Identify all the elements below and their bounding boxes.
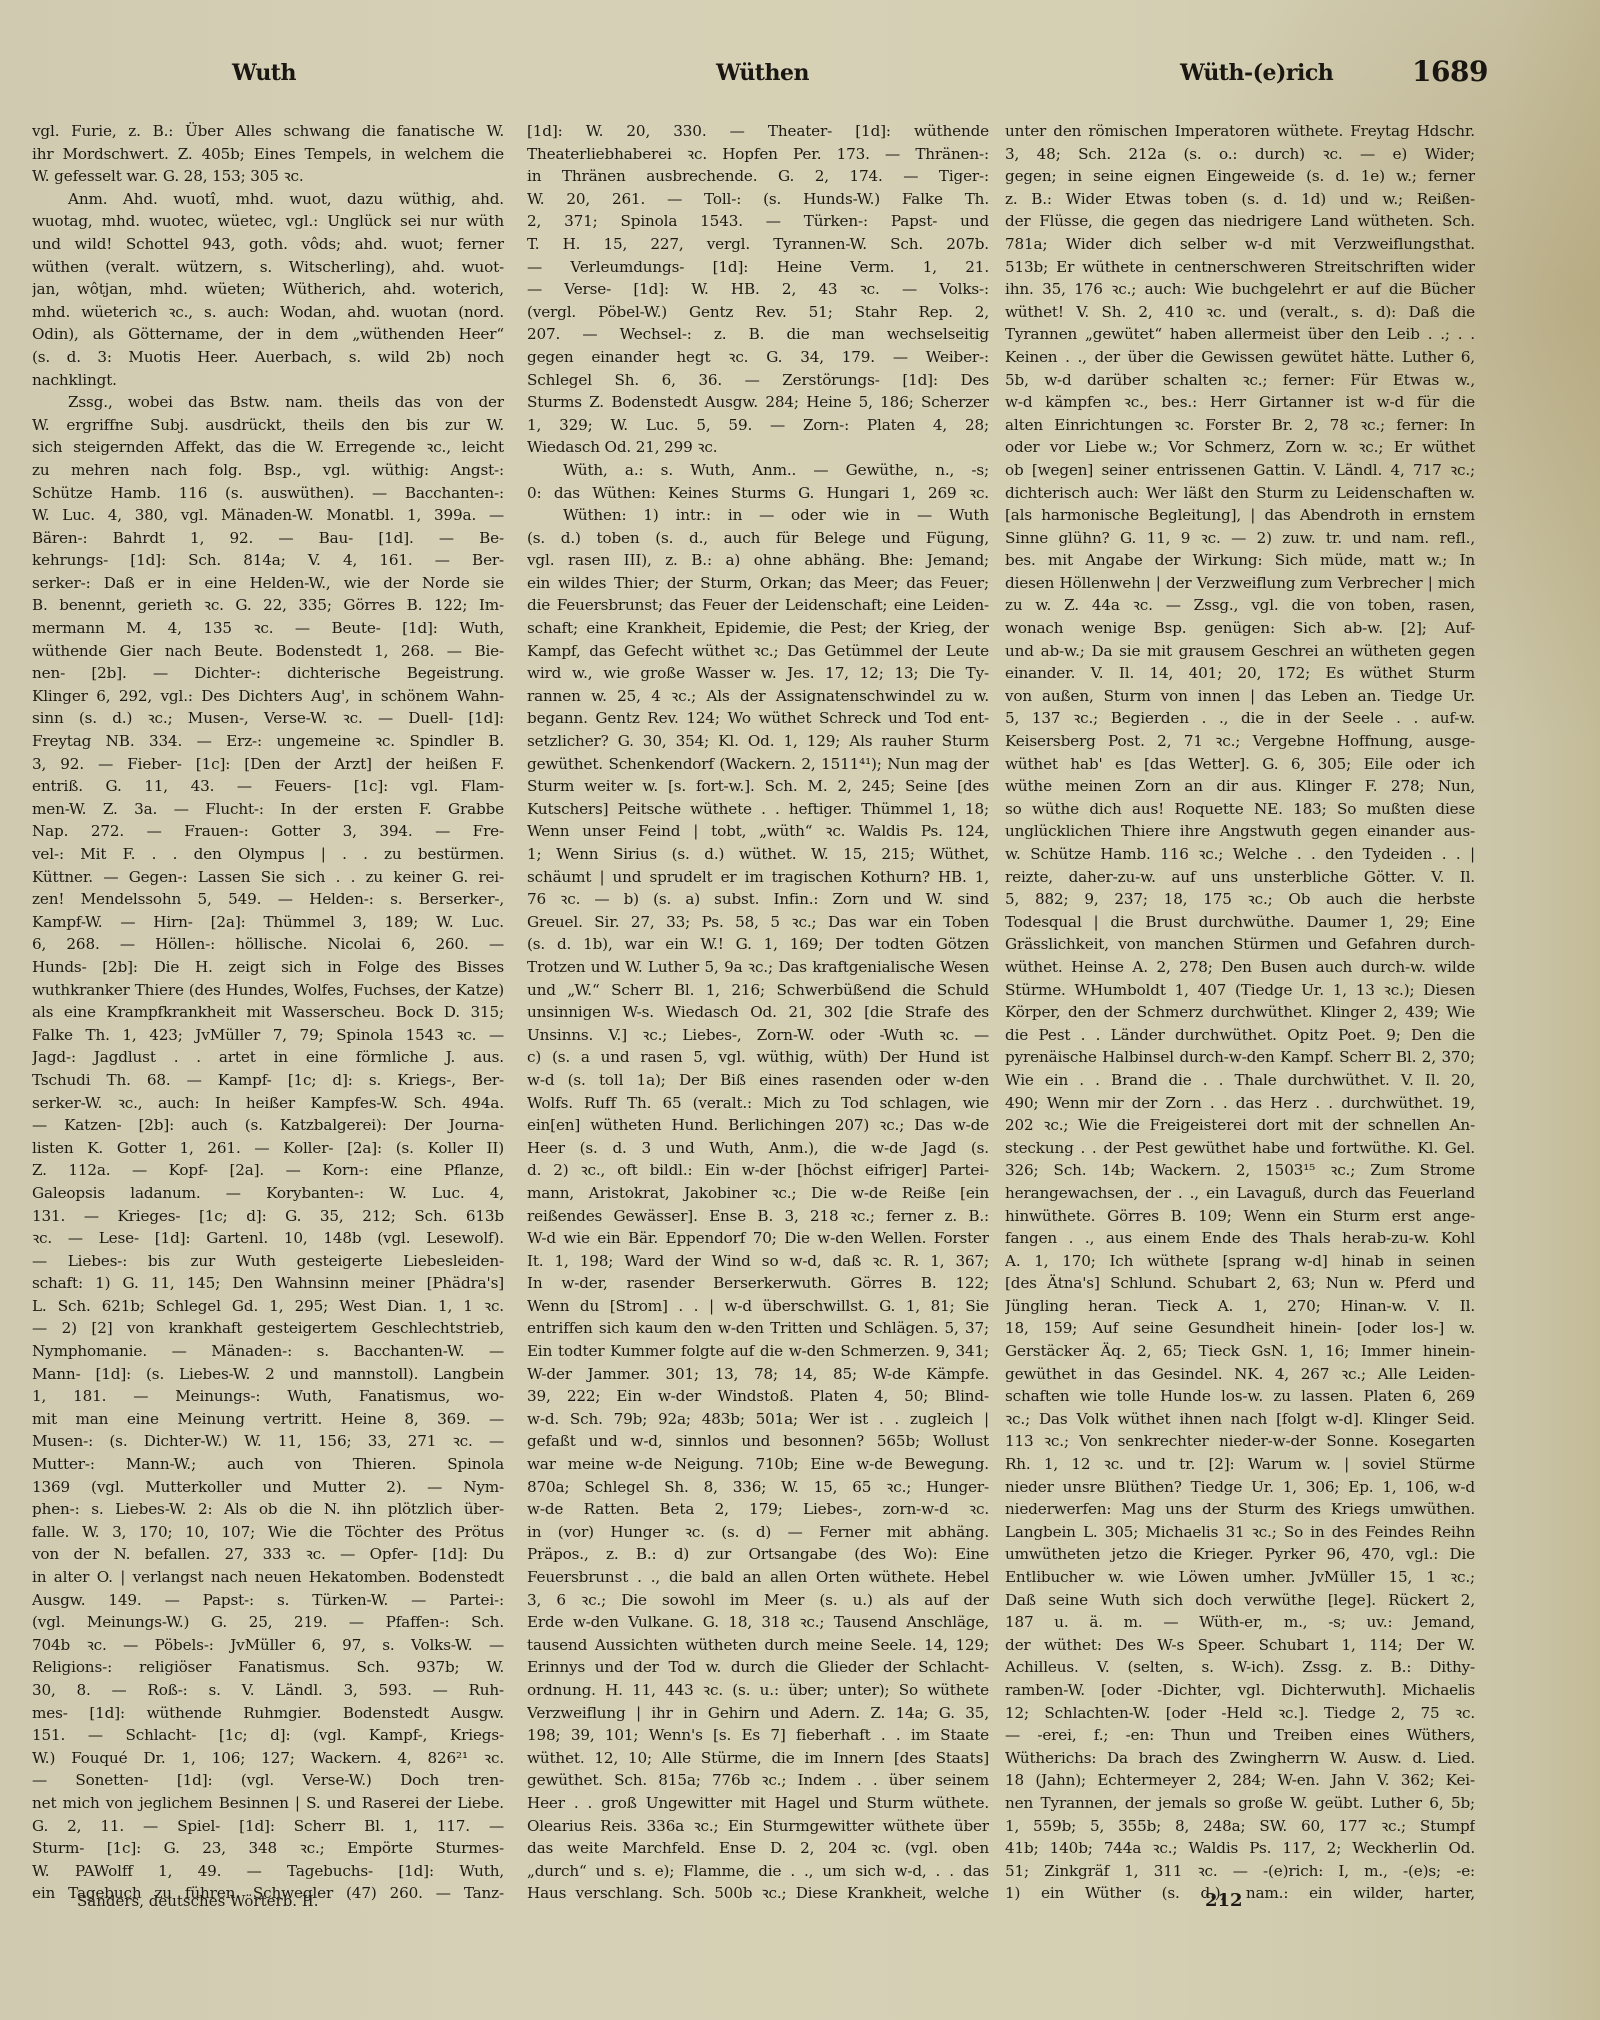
text-line: die Pest . . Länder durchwüthet. Opitz P… <box>1005 1024 1475 1047</box>
text-line: Unsinns. V.] ꝛc.; Liebes-, Zorn-W. oder … <box>527 1024 989 1047</box>
text-line: listen K. Gotter 1, 261. — Koller- [2a]:… <box>32 1137 504 1160</box>
text-line: vgl. Furie, z. B.: Über Alles schwang di… <box>32 120 504 143</box>
text-line: der wüthet: Des W-s Speer. Schubart 1, 1… <box>1005 1634 1475 1657</box>
text-line: ordnung. H. 11, 443 ꝛc. (s. u.: über; un… <box>527 1679 989 1702</box>
text-line: Wolfs. Ruff Th. 65 (veralt.: Mich zu Tod… <box>527 1092 989 1115</box>
text-line: ꝛc.; Das Volk wüthet ihnen nach [folgt w… <box>1005 1408 1475 1431</box>
text-line: W. ergriffne Subj. ausdrückt, theils den… <box>32 414 504 437</box>
text-line: ein[en] wütheten Hund. Berlichingen 207)… <box>527 1114 989 1137</box>
text-line: wuotag, mhd. wuotec, wüetec, vgl.: Unglü… <box>32 210 504 233</box>
text-line: vgl. rasen III), z. B.: a) ohne abhäng. … <box>527 549 989 572</box>
text-line: Schütze Hamb. 116 (s. auswüthen). — Bacc… <box>32 482 504 505</box>
text-line: nieder unsre Blüthen? Tiedge Ur. 1, 306;… <box>1005 1476 1475 1499</box>
text-line: dichterisch auch: Wer läßt den Sturm zu … <box>1005 482 1475 505</box>
text-line: ein wildes Thier; der Sturm, Orkan; das … <box>527 572 989 595</box>
text-line: reizte, daher-zu-w. auf uns unsterbliche… <box>1005 866 1475 889</box>
text-line: Z. 112a. — Kopf- [2a]. — Korn-: eine Pfl… <box>32 1159 504 1182</box>
text-line: Bären-: Bahrdt 1, 92. — Bau- [1d]. — Be- <box>32 527 504 550</box>
text-line: Mann- [1d]: (s. Liebes-W. 2 und mannstol… <box>32 1363 504 1386</box>
text-line: L. Sch. 621b; Schlegel Gd. 1, 295; West … <box>32 1295 504 1318</box>
text-line: Odin), als Göttername, der in dem „wüthe… <box>32 323 504 346</box>
text-line: (s. d.) toben (s. d., auch für Belege un… <box>527 527 989 550</box>
text-line: Kampf, das Gefecht wüthet ꝛc.; Das Getüm… <box>527 640 989 663</box>
text-line: „durch“ und s. e); Flamme, die . ., um s… <box>527 1860 989 1883</box>
text-line: ihr Mordschwert. Z. 405b; Eines Tempels,… <box>32 143 504 166</box>
text-column-3: unter den römischen Imperatoren wüthete.… <box>1005 120 1475 1905</box>
text-line: 1, 181. — Meinungs-: Wuth, Fanatismus, w… <box>32 1385 504 1408</box>
text-line: — Sonetten- [1d]: (vgl. Verse-W.) Doch t… <box>32 1769 504 1792</box>
text-line: der Flüsse, die gegen das niedrigere Lan… <box>1005 210 1475 233</box>
text-line: ihn. 35, 176 ꝛc.; auch: Wie buchgelehrt … <box>1005 278 1475 301</box>
text-line: Sturms Z. Bodenstedt Ausgw. 284; Heine 5… <box>527 391 989 414</box>
text-line: Entlibucher w. wie Löwen umher. JvMüller… <box>1005 1566 1475 1589</box>
text-line: 781a; Wider dich selber w-d mit Verzweif… <box>1005 233 1475 256</box>
text-line: wird w., wie große Wasser w. Jes. 17, 12… <box>527 662 989 685</box>
text-line: und wild! Schottel 943, goth. vôds; ahd.… <box>32 233 504 256</box>
text-line: 18 (Jahn); Echtermeyer 2, 284; W-en. Jah… <box>1005 1769 1475 1792</box>
text-line: entriffen sich kaum den w-den Tritten un… <box>527 1317 989 1340</box>
text-line: Keinen . ., der über die Gewissen gewüte… <box>1005 346 1475 369</box>
text-line: gewüthet. Schenkendorf (Wackern. 2, 1511… <box>527 753 989 776</box>
text-line: Freytag NB. 334. — Erz-: ungemeine ꝛc. S… <box>32 730 504 753</box>
text-line: Ein todter Kummer folgte auf die w-den S… <box>527 1340 989 1363</box>
text-line: 76 ꝛc. — b) (s. a) subst. Infin.: Zorn u… <box>527 888 989 911</box>
text-line: 3, 6 ꝛc.; Die sowohl im Meer (s. u.) als… <box>527 1589 989 1612</box>
text-line: 207. — Wechsel-: z. B. die man wechselse… <box>527 323 989 346</box>
text-line: 30, 8. — Roß-: s. V. Ländl. 3, 593. — Ru… <box>32 1679 504 1702</box>
text-line: gewüthet. Sch. 815a; 776b ꝛc.; Indem . .… <box>527 1769 989 1792</box>
text-line: Erinnys und der Tod w. durch die Glieder… <box>527 1656 989 1679</box>
text-line: alten Einrichtungen ꝛc. Forster Br. 2, 7… <box>1005 414 1475 437</box>
text-line: Tschudi Th. 68. — Kampf- [1c; d]: s. Kri… <box>32 1069 504 1092</box>
text-line: nen Tyrannen, der jemals so große W. geü… <box>1005 1792 1475 1815</box>
text-line: Wüth, a.: s. Wuth, Anm.. — Gewüthe, n., … <box>527 459 989 482</box>
text-line: [des Ätna's] Schlund. Schubart 2, 63; Nu… <box>1005 1272 1475 1295</box>
text-line: ꝛc. — Lese- [1d]: Gartenl. 10, 148b (vgl… <box>32 1227 504 1250</box>
text-line: von der N. befallen. 27, 333 ꝛc. — Opfer… <box>32 1543 504 1566</box>
text-line: 3, 48; Sch. 212a (s. o.: durch) ꝛc. — e)… <box>1005 143 1475 166</box>
text-line: Trotzen und W. Luther 5, 9a ꝛc.; Das kra… <box>527 956 989 979</box>
text-line: 704b ꝛc. — Pöbels-: JvMüller 6, 97, s. V… <box>32 1634 504 1657</box>
text-line: wonach wenige Bsp. genügen: Sich ab-w. [… <box>1005 617 1475 640</box>
text-line: Präpos., z. B.: d) zur Ortsangabe (des W… <box>527 1543 989 1566</box>
text-line: W-der Jammer. 301; 13, 78; 14, 85; W-de … <box>527 1363 989 1386</box>
text-line: w-d kämpfen ꝛc., bes.: Herr Girtanner is… <box>1005 391 1475 414</box>
text-line: Haus verschlang. Sch. 500b ꝛc.; Diese Kr… <box>527 1882 989 1905</box>
text-line: und „W.“ Scherr Bl. 1, 216; Schwerbüßend… <box>527 979 989 1002</box>
text-line: wüthet! V. Sh. 2, 410 ꝛc. und (veralt., … <box>1005 301 1475 324</box>
text-line: gegen; in seine eignen Eingeweide (s. d.… <box>1005 165 1475 188</box>
text-line: 51; Zinkgräf 1, 311 ꝛc. — -(e)rich: I, m… <box>1005 1860 1475 1883</box>
footer-signature-mark: 212 <box>1205 1890 1243 1911</box>
text-line: nachklingt. <box>32 369 504 392</box>
text-line: 2, 371; Spinola 1543. — Türken-: Papst- … <box>527 210 989 233</box>
text-line: z. B.: Wider Etwas toben (s. d. 1d) und … <box>1005 188 1475 211</box>
text-line: 12; Schlachten-W. [oder -Held ꝛc.]. Tied… <box>1005 1702 1475 1725</box>
text-line: als eine Krampfkrankheit mit Wasserscheu… <box>32 1001 504 1024</box>
text-line: 1369 (vgl. Mutterkoller und Mutter 2). —… <box>32 1476 504 1499</box>
page-number: 1689 <box>1412 55 1488 88</box>
text-line: oder vor Liebe w.; Vor Schmerz, Zorn w. … <box>1005 436 1475 459</box>
text-line: phen-: s. Liebes-W. 2: Als ob die N. ihn… <box>32 1498 504 1521</box>
text-line: setzlicher? G. 30, 354; Kl. Od. 1, 129; … <box>527 730 989 753</box>
text-line: W-d wie ein Bär. Eppendorf 70; Die w-den… <box>527 1227 989 1250</box>
text-line: bes. mit Angabe der Wirkung: Sich müde, … <box>1005 549 1475 572</box>
text-line: war meine w-de Neigung. 710b; Eine w-de … <box>527 1453 989 1476</box>
text-line: Theaterliebhaberei ꝛc. Hopfen Per. 173. … <box>527 143 989 166</box>
text-line: Sinne glühn? G. 11, 9 ꝛc. — 2) zuw. tr. … <box>1005 527 1475 550</box>
text-line: mermann M. 4, 135 ꝛc. — Beute- [1d]: Wut… <box>32 617 504 640</box>
text-line: A. 1, 170; Ich wüthete [sprang w-d] hina… <box>1005 1250 1475 1273</box>
text-line: niederwerfen: Mag uns der Sturm des Krie… <box>1005 1498 1475 1521</box>
text-line: Wenn unser Feind | tobt, „wüth“ ꝛc. Wald… <box>527 820 989 843</box>
text-line: 5, 137 ꝛc.; Begierden . ., die in der Se… <box>1005 707 1475 730</box>
text-line: 3, 92. — Fieber- [1c]: [Den der Arzt] de… <box>32 753 504 776</box>
text-line: serker-W. ꝛc., auch: In heißer Kampfes-W… <box>32 1092 504 1115</box>
text-line: Küttner. — Gegen-: Lassen Sie sich . . z… <box>32 866 504 889</box>
text-line: 0: das Wüthen: Keines Sturms G. Hungari … <box>527 482 989 505</box>
text-line: Feuersbrunst . ., die bald an allen Orte… <box>527 1566 989 1589</box>
text-line: In w-der, rasender Berserkerwuth. Görres… <box>527 1272 989 1295</box>
text-line: Wie ein . . Brand die . . Thale durchwüt… <box>1005 1069 1475 1092</box>
text-line: schäumt | und sprudelt er im tragischen … <box>527 866 989 889</box>
text-line: 6, 268. — Höllen-: höllische. Nicolai 6,… <box>32 933 504 956</box>
text-line: und ab-w.; Da sie mit grausem Geschrei a… <box>1005 640 1475 663</box>
text-line: reißendes Gewässer]. Ense B. 3, 218 ꝛc.;… <box>527 1205 989 1228</box>
text-line: Tyrannen „gewütet“ haben allermeist über… <box>1005 323 1475 346</box>
text-line: Jüngling heran. Tieck A. 1, 270; Hinan-w… <box>1005 1295 1475 1318</box>
text-line: unglücklichen Thiere ihre Angstwuth gege… <box>1005 820 1475 843</box>
text-line: Olearius Reis. 336a ꝛc.; Ein Sturmgewitt… <box>527 1815 989 1838</box>
header-catchword-left: Wuth <box>232 60 296 86</box>
text-line: W. 20, 261. — Toll-: (s. Hunds-W.) Falke… <box>527 188 989 211</box>
text-line: mit man eine Meinung vertritt. Heine 8, … <box>32 1408 504 1431</box>
text-line: pyrenäische Halbinsel durch-w-den Kampf.… <box>1005 1046 1475 1069</box>
text-line: c) (s. a und rasen 5, vgl. wüthig, wüth)… <box>527 1046 989 1069</box>
text-line: wüthet. 12, 10; Alle Stürme, die im Inne… <box>527 1747 989 1770</box>
text-line: steckung . . der Pest gewüthet habe und … <box>1005 1137 1475 1160</box>
text-line: Galeopsis ladanum. — Korybanten-: W. Luc… <box>32 1182 504 1205</box>
running-header: Wuth Wüthen Wüth-(e)rich 1689 <box>0 60 1600 100</box>
text-line: 198; 39, 101; Wenn's [s. Es 7] fieberhaf… <box>527 1724 989 1747</box>
text-line: tausend Aussichten wütheten durch meine … <box>527 1634 989 1657</box>
text-line: wuthkranker Thiere (des Hundes, Wolfes, … <box>32 979 504 1002</box>
footer-book-title: Sanders, deutsches Wörterb. II. <box>77 1892 318 1910</box>
text-line: Schlegel Sh. 6, 36. — Zerstörungs- [1d]:… <box>527 369 989 392</box>
text-line: rannen w. 25, 4 ꝛc.; Als der Assignatens… <box>527 685 989 708</box>
text-line: falle. W. 3, 170; 10, 107; Wie die Töcht… <box>32 1521 504 1544</box>
text-line: Kutschers] Peitsche wüthete . . heftiger… <box>527 798 989 821</box>
text-line: gegen einander hegt ꝛc. G. 34, 179. — We… <box>527 346 989 369</box>
text-line: It. 1, 198; Ward der Wind so w-d, daß ꝛc… <box>527 1250 989 1273</box>
text-line: 326; Sch. 14b; Wackern. 2, 1503¹⁵ ꝛc.; Z… <box>1005 1159 1475 1182</box>
text-line: w-de Ratten. Beta 2, 179; Liebes-, zorn-… <box>527 1498 989 1521</box>
text-line: so wüthe dich aus! Roquette NE. 183; So … <box>1005 798 1475 821</box>
text-line: — Verleumdungs- [1d]: Heine Verm. 1, 21. <box>527 256 989 279</box>
text-line: Anm. Ahd. wuotî, mhd. wuot, dazu wüthig,… <box>32 188 504 211</box>
text-column-2: [1d]: W. 20, 330. — Theater- [1d]: wüthe… <box>527 120 989 1905</box>
text-line: Falke Th. 1, 423; JvMüller 7, 79; Spinol… <box>32 1024 504 1047</box>
text-line: (s. d. 3: Muotis Heer. Auerbach, s. wild… <box>32 346 504 369</box>
text-line: gewüthet in das Gesindel. NK. 4, 267 ꝛc.… <box>1005 1363 1475 1386</box>
text-line: umwütheten jetzo die Krieger. Pyrker 96,… <box>1005 1543 1475 1566</box>
text-line: Körper, den der Schmerz durchwüthet. Kli… <box>1005 1001 1475 1024</box>
text-line: 18, 159; Auf seine Gesundheit hinein- [o… <box>1005 1317 1475 1340</box>
text-line: 1, 329; W. Luc. 5, 59. — Zorn-: Platen 4… <box>527 414 989 437</box>
text-line: von außen, Sturm von innen | das Leben a… <box>1005 685 1475 708</box>
text-line: schaft: 1) G. 11, 145; Den Wahnsinn mein… <box>32 1272 504 1295</box>
text-line: wüthende Gier nach Beute. Bodenstedt 1, … <box>32 640 504 663</box>
text-line: 870a; Schlegel Sh. 8, 336; W. 15, 65 ꝛc.… <box>527 1476 989 1499</box>
text-line: Langbein L. 305; Michaelis 31 ꝛc.; So in… <box>1005 1521 1475 1544</box>
text-line: 113 ꝛc.; Von senkrechter nieder-w-der So… <box>1005 1430 1475 1453</box>
text-line: (s. d. 1b), war ein W.! G. 1, 169; Der t… <box>527 933 989 956</box>
text-line: Stürme. WHumboldt 1, 407 (Tiedge Ur. 1, … <box>1005 979 1475 1002</box>
text-line: Wütherichs: Da brach des Zwingherrn W. A… <box>1005 1747 1475 1770</box>
text-line: mhd. wüeterich ꝛc., s. auch: Wodan, ahd.… <box>32 301 504 324</box>
text-line: Erde w-den Vulkane. G. 18, 318 ꝛc.; Taus… <box>527 1611 989 1634</box>
text-line: ob [wegen] seiner entrissenen Gattin. V.… <box>1005 459 1475 482</box>
text-line: nen- [2b]. — Dichter-: dichterische Bege… <box>32 662 504 685</box>
text-column-1: vgl. Furie, z. B.: Über Alles schwang di… <box>32 120 504 1905</box>
text-line: ramben-W. [oder -Dichter, vgl. Dichterwu… <box>1005 1679 1475 1702</box>
text-line: entriß. G. 11, 43. — Feuers- [1c]: vgl. … <box>32 775 504 798</box>
text-line: wüthet hab' es [das Wetter]. G. 6, 305; … <box>1005 753 1475 776</box>
header-catchword-right: Wüth-(e)rich <box>1180 60 1333 86</box>
text-line: [1d]: W. 20, 330. — Theater- [1d]: wüthe… <box>527 120 989 143</box>
text-line: unter den römischen Imperatoren wüthete.… <box>1005 120 1475 143</box>
text-line: hinwüthete. Görres B. 109; Wenn ein Stur… <box>1005 1205 1475 1228</box>
text-line: 187 u. ä. m. — Wüth-er, m., -s; uv.: Jem… <box>1005 1611 1475 1634</box>
text-line: schaft; eine Krankheit, Epidemie, die Pe… <box>527 617 989 640</box>
text-line: zu mehren nach folg. Bsp., vgl. wüthig: … <box>32 459 504 482</box>
text-line: Wenn du [Strom] . . | w-d überschwillst.… <box>527 1295 989 1318</box>
text-line: wüthe meinen Zorn an dir aus. Klinger F.… <box>1005 775 1475 798</box>
header-catchword-center: Wüthen <box>716 60 809 86</box>
text-line: diesen Höllenwehn | der Verzweiflung zum… <box>1005 572 1475 595</box>
text-line: zu w. Z. 44a ꝛc. — Zssg., vgl. die von t… <box>1005 594 1475 617</box>
text-line: Ausgw. 149. — Papst-: s. Türken-W. — Par… <box>32 1589 504 1612</box>
text-line: Hunds- [2b]: Die H. zeigt sich in Folge … <box>32 956 504 979</box>
text-line: Nymphomanie. — Mänaden-: s. Bacchanten-W… <box>32 1340 504 1363</box>
text-line: Wüthen: 1) intr.: in — oder wie in — Wut… <box>527 504 989 527</box>
text-line: Sturm- [1c]: G. 23, 348 ꝛc.; Empörte Stu… <box>32 1837 504 1860</box>
text-line: w. Schütze Hamb. 116 ꝛc.; Welche . . den… <box>1005 843 1475 866</box>
text-line: B. benennt, gerieth ꝛc. G. 22, 335; Görr… <box>32 594 504 617</box>
text-line: Wiedasch Od. 21, 299 ꝛc. <box>527 436 989 459</box>
text-line: 131. — Krieges- [1c; d]: G. 35, 212; Sch… <box>32 1205 504 1228</box>
text-line: begann. Gentz Rev. 124; Wo wüthet Schrec… <box>527 707 989 730</box>
text-line: w-d. Sch. 79b; 92a; 483b; 501a; Wer ist … <box>527 1408 989 1431</box>
text-line: W. PAWolff 1, 49. — Tagebuchs- [1d]: Wut… <box>32 1860 504 1883</box>
text-line: wüthen (veralt. wützern, s. Witscherling… <box>32 256 504 279</box>
text-line: Keisersberg Post. 2, 71 ꝛc.; Vergebne Ho… <box>1005 730 1475 753</box>
text-line: Mutter-: Mann-W.; auch von Thieren. Spin… <box>32 1453 504 1476</box>
text-line: 5, 882; 9, 237; 18, 175 ꝛc.; Ob auch die… <box>1005 888 1475 911</box>
text-line: 513b; Er wüthete in centnerschweren Stre… <box>1005 256 1475 279</box>
text-line: (vergl. Pöbel-W.) Gentz Rev. 51; Stahr R… <box>527 301 989 324</box>
text-line: 39, 222; Ein w-der Windstoß. Platen 4, 5… <box>527 1385 989 1408</box>
text-line: 1; Wenn Sirius (s. d.) wüthet. W. 15, 21… <box>527 843 989 866</box>
text-line: zen! Mendelssohn 5, 549. — Helden-: s. B… <box>32 888 504 911</box>
text-line: Sturm weiter w. [s. fort-w.]. Sch. M. 2,… <box>527 775 989 798</box>
text-line: in alter O. | verlangst nach neuen Hekat… <box>32 1566 504 1589</box>
text-line: herangewachsen, der . ., ein Lavaguß, du… <box>1005 1182 1475 1205</box>
text-line: Daß seine Wuth sich doch verwüthe [lege]… <box>1005 1589 1475 1612</box>
text-line: — 2) [2] von krankhaft gesteigertem Gesc… <box>32 1317 504 1340</box>
text-line: jan, wôtjan, mhd. wüeten; Wütherich, ahd… <box>32 278 504 301</box>
text-line: — Katzen- [2b]: auch (s. Katzbalgerei): … <box>32 1114 504 1137</box>
text-line: 5b, w-d darüber schalten ꝛc.; ferner: Fü… <box>1005 369 1475 392</box>
text-line: Nap. 272. — Frauen-: Gotter 3, 394. — Fr… <box>32 820 504 843</box>
text-line: G. 2, 11. — Spiel- [1d]: Scherr Bl. 1, 1… <box>32 1815 504 1838</box>
text-line: 490; Wenn mir der Zorn . . das Herz . . … <box>1005 1092 1475 1115</box>
text-line: Musen-: (s. Dichter-W.) W. 11, 156; 33, … <box>32 1430 504 1453</box>
text-line: fangen . ., aus einem Ende des Thals her… <box>1005 1227 1475 1250</box>
text-line: 202 ꝛc.; Wie die Freigeisterei dort mit … <box>1005 1114 1475 1137</box>
text-line: Religions-: religiöser Fanatismus. Sch. … <box>32 1656 504 1679</box>
text-line: schaften wie tolle Hunde los-w. zu lasse… <box>1005 1385 1475 1408</box>
text-line: 41b; 140b; 744a ꝛc.; Waldis Ps. 117, 2; … <box>1005 1837 1475 1860</box>
text-line: mann, Aristokrat, Jakobiner ꝛc.; Die w-d… <box>527 1182 989 1205</box>
text-line: in Thränen ausbrechende. G. 2, 174. — Ti… <box>527 165 989 188</box>
text-line: Heer (s. d. 3 und Wuth, Anm.), die w-de … <box>527 1137 989 1160</box>
text-line: Grässlichkeit, von manchen Stürmen und G… <box>1005 933 1475 956</box>
text-line: Klinger 6, 292, vgl.: Des Dichters Aug',… <box>32 685 504 708</box>
text-line: men-W. Z. 3a. — Flucht-: In der ersten F… <box>32 798 504 821</box>
text-line: W. gefesselt war. G. 28, 153; 305 ꝛc. <box>32 165 504 188</box>
text-line: mes- [1d]: wüthende Ruhmgier. Bodenstedt… <box>32 1702 504 1725</box>
text-line: Gerstäcker Äq. 2, 65; Tieck GsN. 1, 16; … <box>1005 1340 1475 1363</box>
text-line: Kampf-W. — Hirn- [2a]: Thümmel 3, 189; W… <box>32 911 504 934</box>
text-line: net mich von jeglichem Besinnen | S. und… <box>32 1792 504 1815</box>
text-line: Zssg., wobei das Bstw. nam. theils das v… <box>32 391 504 414</box>
text-line: kehrungs- [1d]: Sch. 814a; V. 4, 161. — … <box>32 549 504 572</box>
text-line: Verzweiflung | ihr in Gehirn und Adern. … <box>527 1702 989 1725</box>
text-line: Jagd-: Jagdlust . . artet in eine förmli… <box>32 1046 504 1069</box>
text-line: d. 2) ꝛc., oft bildl.: Ein w-der [höchst… <box>527 1159 989 1182</box>
text-line: Rh. 1, 12 ꝛc. und tr. [2]: Warum w. | so… <box>1005 1453 1475 1476</box>
text-line: (vgl. Meinungs-W.) G. 25, 219. — Pfaffen… <box>32 1611 504 1634</box>
text-line: — Verse- [1d]: W. HB. 2, 43 ꝛc. — Volks-… <box>527 278 989 301</box>
text-line: unsinnigen W-s. Wiedasch Od. 21, 302 [di… <box>527 1001 989 1024</box>
text-line: gefaßt und w-d, sinnlos und besonnen? 56… <box>527 1430 989 1453</box>
text-line: W. Luc. 4, 380, vgl. Mänaden-W. Monatbl.… <box>32 504 504 527</box>
text-line: sinn (s. d.) ꝛc.; Musen-, Verse-W. ꝛc. —… <box>32 707 504 730</box>
text-line: die Feuersbrunst; das Feuer der Leidensc… <box>527 594 989 617</box>
text-line: sich steigernden Affekt, das die W. Erre… <box>32 436 504 459</box>
text-line: Todesqual | die Brust durchwüthe. Daumer… <box>1005 911 1475 934</box>
text-line: Greuel. Sir. 27, 33; Ps. 58, 5 ꝛc.; Das … <box>527 911 989 934</box>
text-line: — Liebes-: bis zur Wuth gesteigerte Lieb… <box>32 1250 504 1273</box>
text-line: vel-: Mit F. . . den Olympus | . . zu be… <box>32 843 504 866</box>
text-line: Heer . . groß Ungewitter mit Hagel und S… <box>527 1792 989 1815</box>
text-line: in (vor) Hunger ꝛc. (s. d) — Ferner mit … <box>527 1521 989 1544</box>
text-line: 151. — Schlacht- [1c; d]: (vgl. Kampf-, … <box>32 1724 504 1747</box>
text-line: wüthet. Heinse A. 2, 278; Den Busen auch… <box>1005 956 1475 979</box>
text-line: Achilleus. V. (selten, s. W-ich). Zssg. … <box>1005 1656 1475 1679</box>
text-line: das weite Marchfeld. Ense D. 2, 204 ꝛc. … <box>527 1837 989 1860</box>
text-line: 1, 559b; 5, 355b; 8, 248a; SW. 60, 177 ꝛ… <box>1005 1815 1475 1838</box>
text-line: T. H. 15, 227, vergl. Tyrannen-W. Sch. 2… <box>527 233 989 256</box>
text-line: W.) Fouqué Dr. 1, 106; 127; Wackern. 4, … <box>32 1747 504 1770</box>
text-line: — -erei, f.; -en: Thun und Treiben eines… <box>1005 1724 1475 1747</box>
text-line: [als harmonische Begleitung], | das Aben… <box>1005 504 1475 527</box>
text-line: serker-: Daß er in eine Helden-W., wie d… <box>32 572 504 595</box>
text-line: einander. V. Il. 14, 401; 20, 172; Es wü… <box>1005 662 1475 685</box>
text-line: w-d (s. toll 1a); Der Biß eines rasenden… <box>527 1069 989 1092</box>
